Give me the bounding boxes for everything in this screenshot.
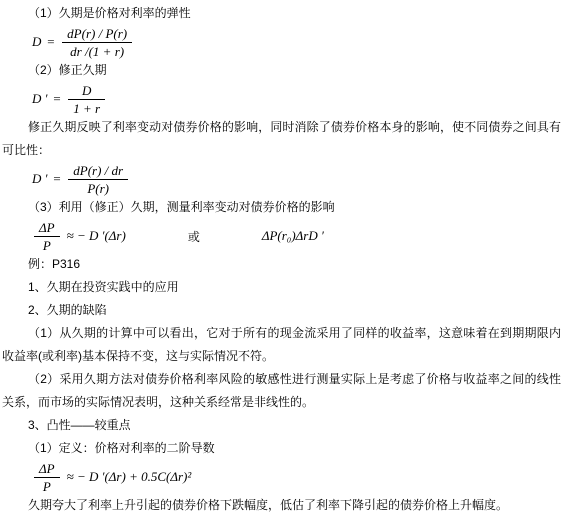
formula-convexity: ΔP P ≈ − D ′(Δr) + 0.5C(Δr)²: [32, 460, 561, 494]
document-page: （1）久期是价格对利率的弹性 D = dP(r) / P(r) dr /(1 +…: [0, 0, 563, 517]
fraction-numerator: dP(r) / dr: [68, 163, 128, 179]
formula-price-change-rhs: ≈ − D ′(Δr): [67, 228, 126, 244]
formula-modified-duration-alt-lhs: D ′: [32, 171, 47, 187]
fraction-denominator: P(r): [68, 179, 128, 196]
fraction-numerator: dP(r) / P(r): [62, 26, 132, 42]
formula-modified-duration-alt: D ′ = dP(r) / dr P(r): [32, 162, 561, 196]
fraction-denominator: P: [34, 477, 60, 494]
fraction: dP(r) / P(r) dr /(1 + r): [62, 26, 132, 59]
paragraph-defect-1: （1）从久期的计算中可以看出，它对于所有的现金流采用了同样的收益率，这意味着在到…: [2, 322, 561, 368]
formula-modified-duration-lhs: D ′: [32, 91, 47, 107]
formula-duration: D = dP(r) / P(r) dr /(1 + r): [32, 25, 561, 59]
equals-sign: =: [52, 91, 61, 107]
fraction: ΔP P: [34, 461, 60, 494]
fraction: dP(r) / dr P(r): [68, 163, 128, 196]
equals-sign: =: [46, 34, 55, 50]
fraction-denominator: dr /(1 + r): [62, 42, 132, 59]
formula-modified-duration: D ′ = D 1 + r: [32, 82, 561, 116]
heading-measure-impact: （3）利用（修正）久期，测量利率变动对债券价格的影响: [2, 196, 561, 219]
fraction-numerator: ΔP: [34, 461, 60, 477]
fraction: D 1 + r: [68, 83, 105, 116]
fraction-numerator: D: [68, 83, 105, 99]
list-item-convexity: 3、凸性——较重点: [2, 414, 561, 437]
formula-convexity-rhs: ≈ − D ′(Δr) + 0.5C(Δr)²: [67, 469, 192, 485]
heading-modified-duration: （2）修正久期: [2, 59, 561, 82]
heading-convexity-definition: （1）定义：价格对利率的二阶导数: [2, 437, 561, 460]
paragraph-defect-2: （2）采用久期方法对债券价格利率风险的敏感性进行测量实际上是考虑了价格与收益率之…: [2, 368, 561, 414]
fraction-denominator: 1 + r: [68, 99, 105, 116]
paragraph-modified-duration-explanation: 修正久期反映了利率变动对债券价格的影响，同时消除了债券价格本身的影响，使不同债券…: [2, 116, 561, 162]
fraction-numerator: ΔP: [34, 220, 60, 236]
fraction-denominator: P: [34, 236, 60, 253]
formula-price-change: ΔP P ≈ − D ′(Δr) 或 ΔP(r₀)ΔrD ′: [32, 219, 561, 253]
formula-price-change-alt: ΔP(r₀)ΔrD ′: [262, 228, 324, 244]
closing-paragraph: 久期夸大了利率上升引起的债券价格下跌幅度，低估了利率下降引起的债券价格上升幅度。: [2, 494, 561, 517]
list-item-duration-defects: 2、久期的缺陷: [2, 299, 561, 322]
equals-sign: =: [52, 171, 61, 187]
list-item-duration-application: 1、久期在投资实践中的应用: [2, 276, 561, 299]
or-connector: 或: [188, 228, 200, 245]
example-reference: 例：P316: [2, 253, 561, 276]
heading-duration-elasticity: （1）久期是价格对利率的弹性: [2, 2, 561, 25]
fraction: ΔP P: [34, 220, 60, 253]
formula-duration-lhs: D: [32, 34, 41, 50]
